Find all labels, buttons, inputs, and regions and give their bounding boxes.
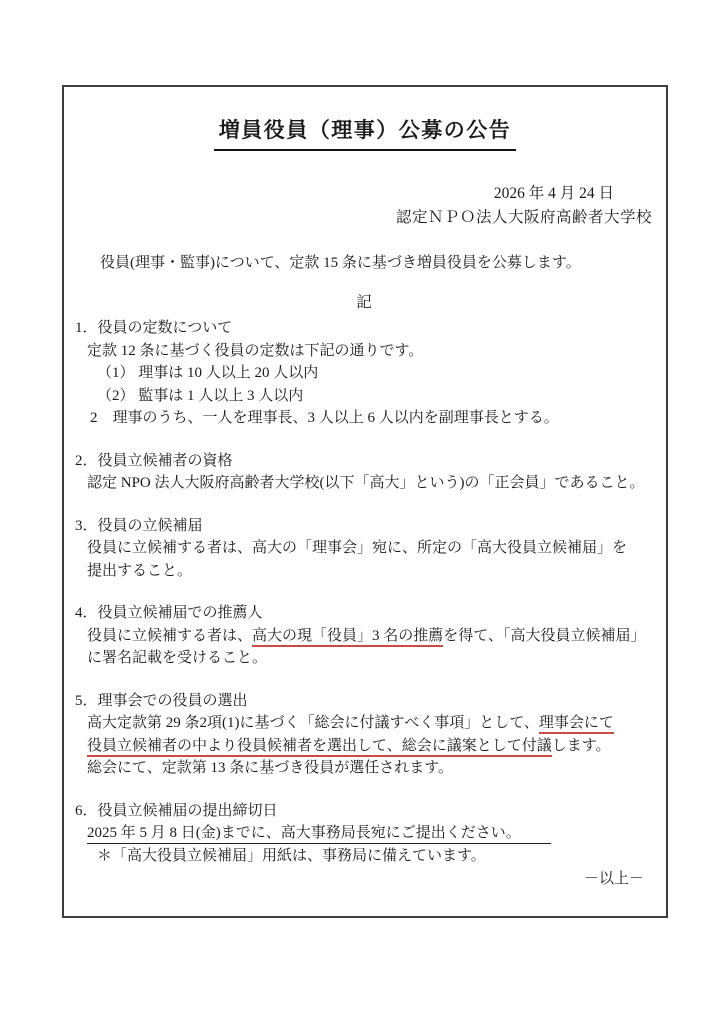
section-6-heading: 6．役員立候補届の提出締切日 bbox=[75, 800, 666, 823]
section-5-heading: 5．理事会での役員の選出 bbox=[75, 690, 666, 713]
section-4-line-2: に署名記載を受けること。 bbox=[87, 647, 666, 670]
title-row: 増員役員（理事）公募の公告 bbox=[64, 114, 666, 151]
section-3-line-2: 提出すること。 bbox=[87, 560, 666, 583]
deadline-underlined-text: 2025 年 5 月 8 日(金)までに、高大事務局長宛にご提出ください。 bbox=[87, 825, 551, 844]
section-5-line-1-plain: 高大定款第 29 条2項(1)に基づく「総会に付議すべく事項」として、 bbox=[87, 715, 539, 731]
section-2-heading: 2．役員立候補者の資格 bbox=[75, 450, 666, 473]
section-4-line-1: 役員に立候補する者は、高大の現「役員」3 名の推薦を得て、「高大役員立候補届」 bbox=[87, 625, 666, 648]
section-4-heading: 4．役員立候補届での推薦人 bbox=[75, 602, 666, 625]
intro-paragraph: 役員(理事・監事)について、定款 15 条に基づき増員役員を公募します。 bbox=[100, 252, 666, 275]
organization-name: 認定ＮＰＯ法人大阪府高齢者大学校 bbox=[64, 206, 666, 230]
section-5: 5．理事会での役員の選出 高大定款第 29 条2項(1)に基づく「総会に付議すべ… bbox=[64, 690, 666, 780]
section-6: 6．役員立候補届の提出締切日 2025 年 5 月 8 日(金)までに、高大事務… bbox=[64, 800, 666, 868]
section-5-line-2: 役員立候補者の中より役員候補者を選出して、総会に議案として付議します。 bbox=[87, 735, 666, 758]
section-6-deadline-line: 2025 年 5 月 8 日(金)までに、高大事務局長宛にご提出ください。 bbox=[87, 822, 666, 845]
notice-frame: 増員役員（理事）公募の公告 2026 年 4 月 24 日 認定ＮＰＯ法人大阪府… bbox=[62, 85, 668, 918]
section-5-line-2-tail: します。 bbox=[552, 738, 611, 754]
section-1-line-1: 定款 12 条に基づく役員の定数は下記の通りです。 bbox=[87, 340, 666, 363]
section-4-line-1-plain: 役員に立候補する者は、 bbox=[87, 628, 252, 644]
section-5-line-2-red-underlined-text: 役員立候補者の中より役員候補者を選出して、総会に議案として付議 bbox=[87, 738, 552, 757]
section-5-line-3: 総会にて、定款第 13 条に基づき役員が選任されます。 bbox=[87, 757, 666, 780]
section-1-item-1: （1） 理事は 10 人以上 20 人以内 bbox=[97, 362, 666, 385]
issue-date: 2026 年 4 月 24 日 bbox=[64, 182, 666, 206]
section-1-heading: 1．役員の定数について bbox=[75, 317, 666, 340]
section-6-note: ＊「高大役員立候補届」用紙は、事務局に備えています。 bbox=[97, 845, 666, 868]
meta-block: 2026 年 4 月 24 日 認定ＮＰＯ法人大阪府高齢者大学校 bbox=[64, 182, 666, 230]
record-marker: 記 bbox=[64, 292, 666, 315]
section-3: 3．役員の立候補届 役員に立候補する者は、高大の「理事会」宛に、所定の「高大役員… bbox=[64, 515, 666, 583]
section-1-item-2: （2） 監事は 1 人以上 3 人以内 bbox=[97, 385, 666, 408]
notice-title: 増員役員（理事）公募の公告 bbox=[214, 114, 517, 151]
section-1: 1．役員の定数について 定款 12 条に基づく役員の定数は下記の通りです。 （1… bbox=[64, 317, 666, 430]
section-3-line-1: 役員に立候補する者は、高大の「理事会」宛に、所定の「高大役員立候補届」を bbox=[87, 537, 666, 560]
section-2-line-1: 認定 NPO 法人大阪府高齢者大学校(以下「高大」という)の「正会員」であること… bbox=[87, 472, 666, 495]
document-page: 増員役員（理事）公募の公告 2026 年 4 月 24 日 認定ＮＰＯ法人大阪府… bbox=[0, 0, 724, 1024]
section-4-red-underlined-text: 高大の現「役員」3 名の推薦 bbox=[252, 628, 443, 647]
section-4: 4．役員立候補届での推薦人 役員に立候補する者は、高大の現「役員」3 名の推薦を… bbox=[64, 602, 666, 670]
section-4-line-1-tail: を得て、「高大役員立候補届」 bbox=[443, 628, 645, 644]
section-1-line-2: 2 理事のうち、一人を理事長、3 人以上 6 人以内を副理事長とする。 bbox=[90, 407, 666, 430]
section-3-heading: 3．役員の立候補届 bbox=[75, 515, 666, 538]
section-5-line-1-red-underlined-text: 理事会にて bbox=[539, 715, 614, 734]
closing-marker: －以上－ bbox=[64, 868, 666, 891]
section-5-line-1: 高大定款第 29 条2項(1)に基づく「総会に付議すべく事項」として、理事会にて bbox=[87, 712, 666, 735]
section-2: 2．役員立候補者の資格 認定 NPO 法人大阪府高齢者大学校(以下「高大」という… bbox=[64, 450, 666, 495]
